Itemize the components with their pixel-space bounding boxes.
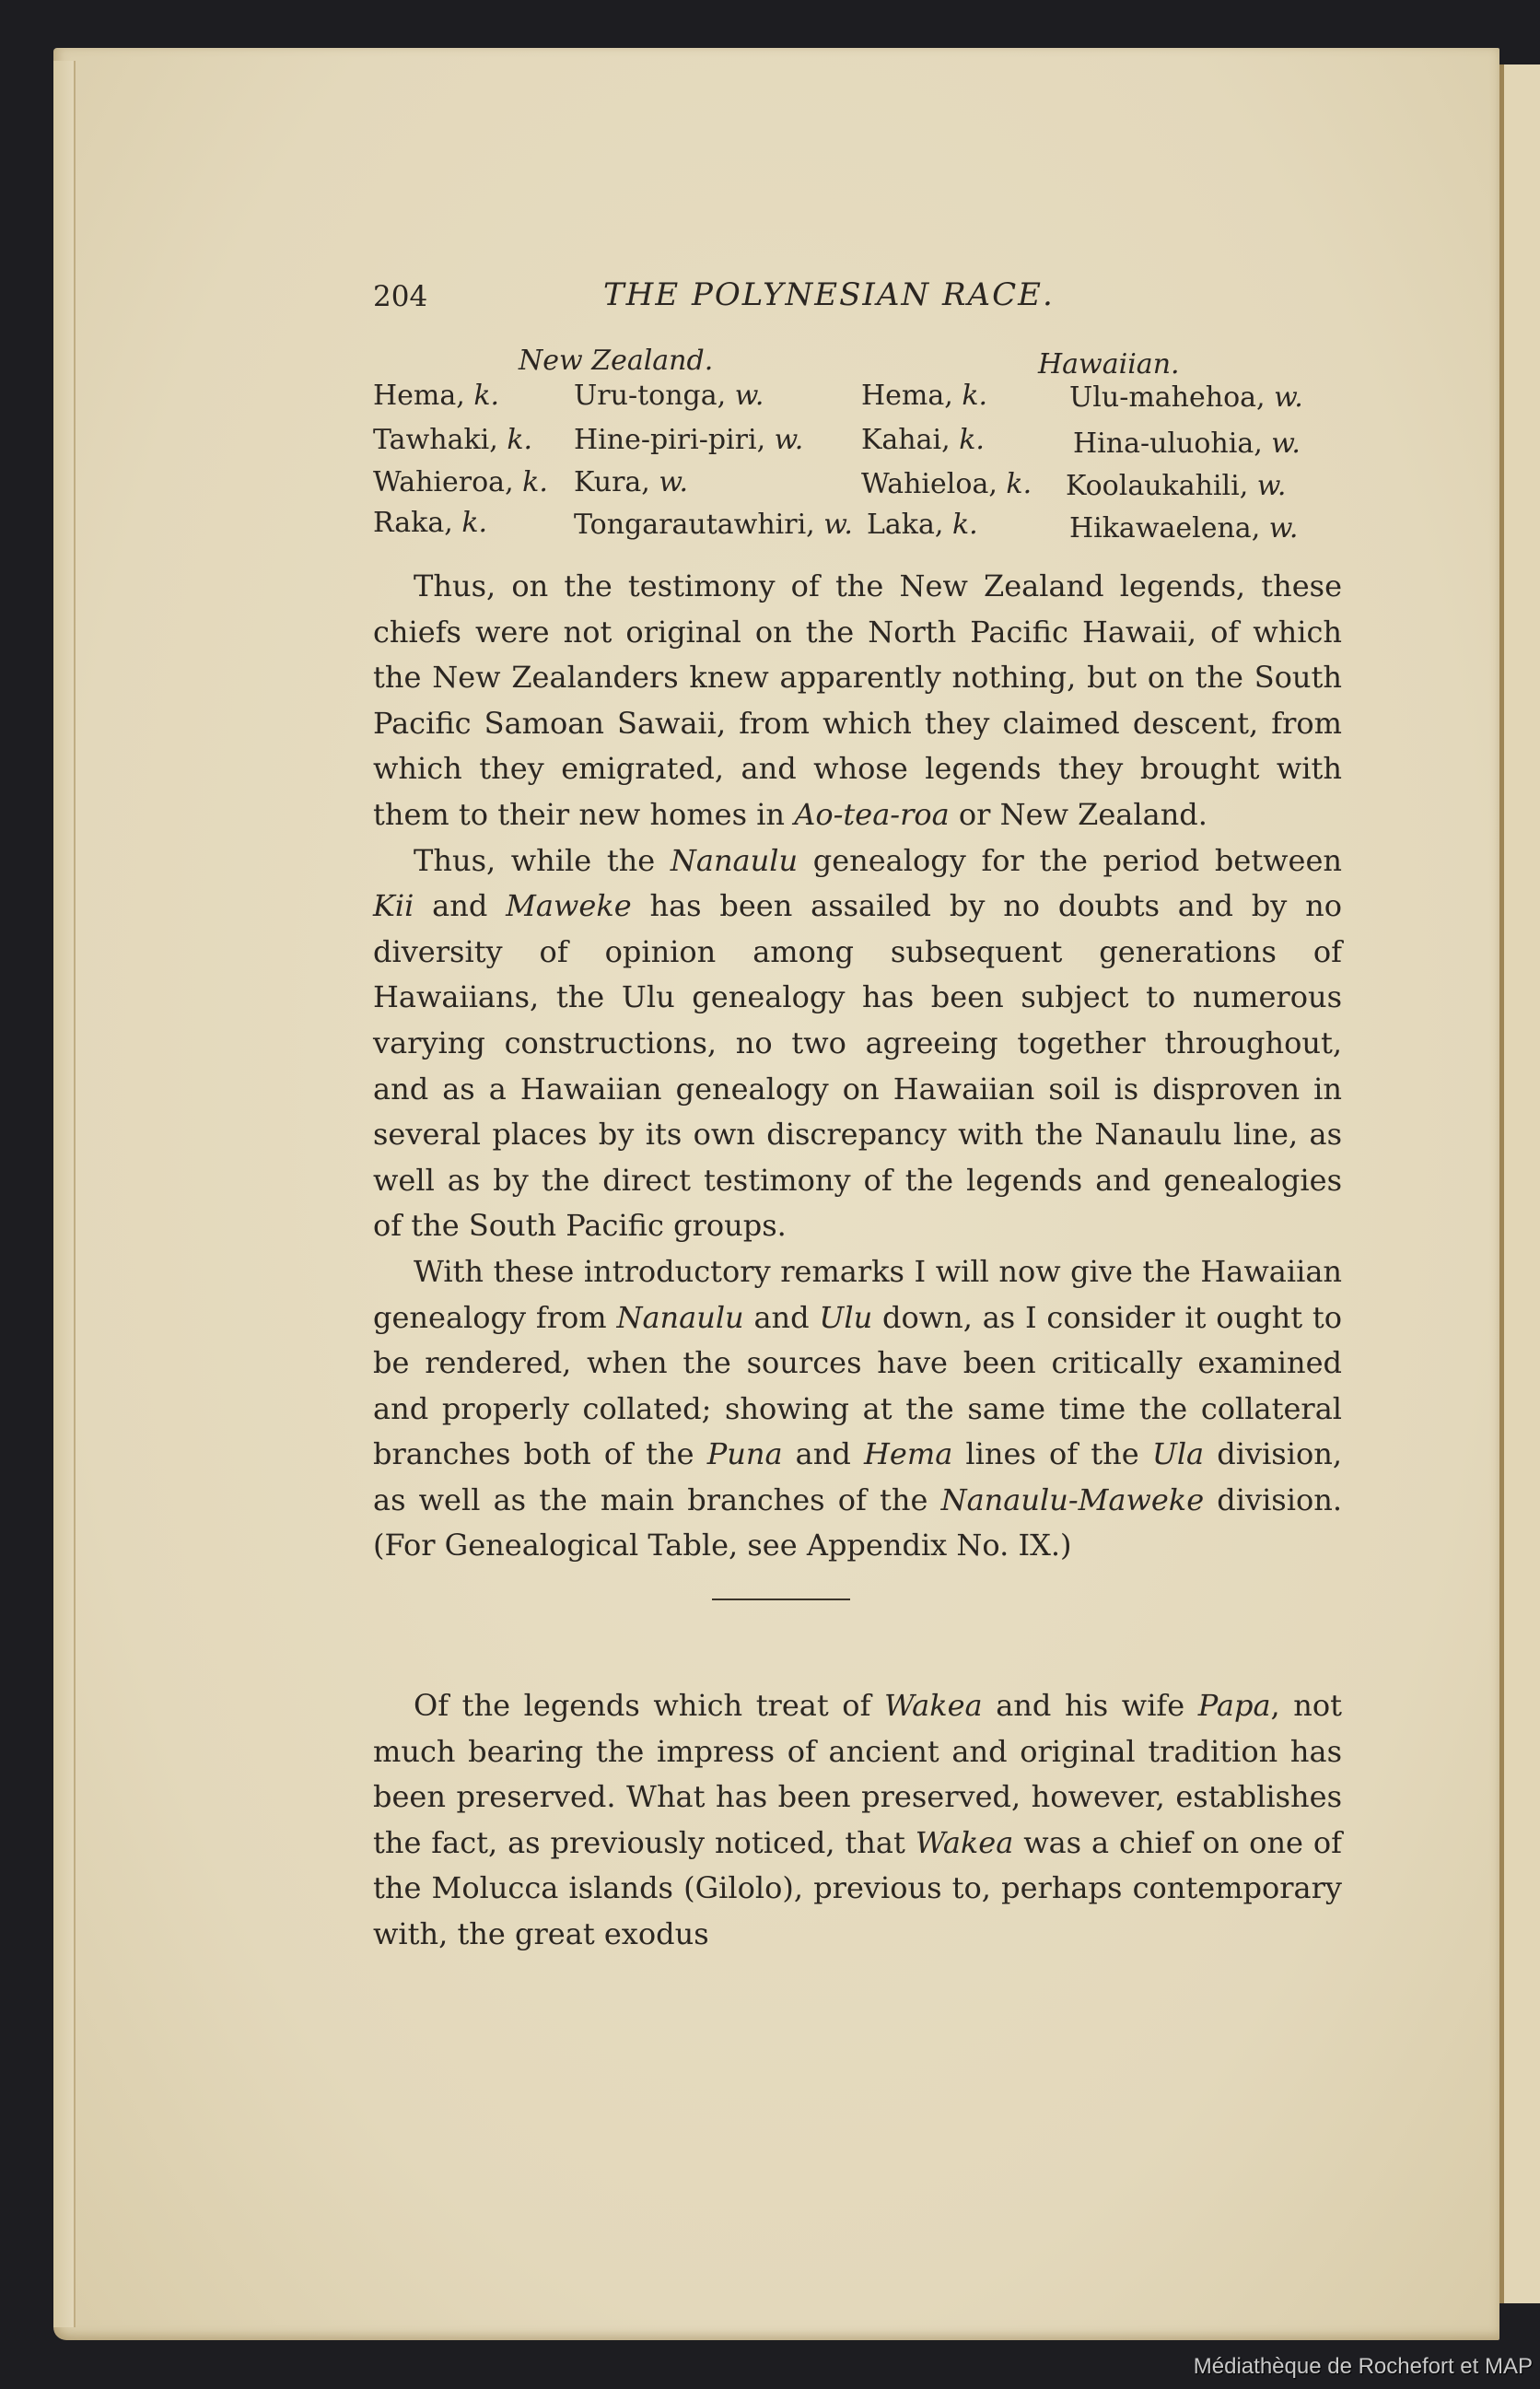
nz-male-cell: Tawhaki, k. bbox=[373, 422, 532, 459]
hw-male-cell: Hema, k. bbox=[861, 378, 987, 415]
horizontal-rule bbox=[712, 1599, 850, 1600]
nz-female-cell: Hine-piri-piri, w. bbox=[574, 422, 803, 459]
hw-male-cell: Laka, k. bbox=[867, 507, 978, 544]
body-text: Thus, on the testimony of the New Zealan… bbox=[373, 564, 1342, 1958]
adjacent-page-strip bbox=[1499, 64, 1540, 2303]
nz-male-cell: Raka, k. bbox=[373, 505, 487, 542]
hw-male-cell: Wahieloa, k. bbox=[861, 466, 1032, 503]
page-edge bbox=[53, 61, 76, 2327]
running-head: 204 THE POLYNESIAN RACE. bbox=[373, 276, 1342, 313]
library-watermark: Médiathèque de Rochefort et MAP bbox=[1194, 2354, 1533, 2380]
hw-male-cell: Kahai, k. bbox=[861, 422, 985, 459]
nz-female-cell: Kura, w. bbox=[574, 464, 688, 501]
heading-new-zealand: New Zealand. bbox=[519, 343, 713, 380]
paragraph-1: Thus, on the testimony of the New Zealan… bbox=[373, 564, 1342, 838]
section-divider bbox=[373, 1569, 1342, 1656]
nz-male-cell: Hema, k. bbox=[373, 378, 499, 415]
hw-female-cell: Koolaukahili, w. bbox=[1066, 468, 1286, 505]
nz-female-cell: Uru-tonga, w. bbox=[574, 378, 764, 415]
nz-female-cell: Tongarautawhiri, w. bbox=[574, 507, 853, 544]
hw-female-cell: Hina-uluohia, w. bbox=[1073, 426, 1301, 463]
paragraph-3: With these introductory remarks I will n… bbox=[373, 1249, 1342, 1569]
heading-hawaiian: Hawaiian. bbox=[1038, 346, 1180, 383]
nz-male-cell: Wahieroa, k. bbox=[373, 464, 548, 501]
paragraph-4: Of the legends which treat of Wakea and … bbox=[373, 1683, 1342, 1958]
hw-female-cell: Hikawaelena, w. bbox=[1069, 510, 1298, 547]
running-title: THE POLYNESIAN RACE. bbox=[603, 276, 1055, 313]
paragraph-2: Thus, while the Nanaulu genealogy for th… bbox=[373, 838, 1342, 1249]
hw-female-cell: Ulu-mahehoa, w. bbox=[1069, 380, 1303, 416]
page-number: 204 bbox=[373, 280, 427, 313]
